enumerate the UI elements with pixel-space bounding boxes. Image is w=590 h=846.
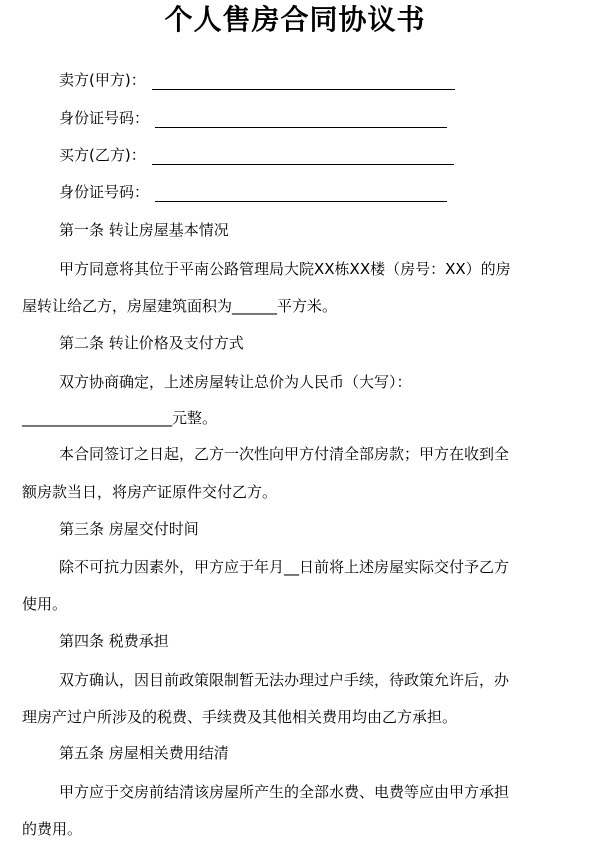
article-1-paragraph-line-1: 甲方同意将其位于平南公路管理局大院XX栋XX楼（房号：XX）的房 [0, 259, 590, 279]
seller-id-input-line[interactable] [155, 111, 447, 128]
seller-input-line[interactable] [152, 73, 455, 90]
area-unit: 平方米。 [277, 297, 337, 315]
buyer-field: 买方(乙方)： [0, 145, 590, 165]
article-5-paragraph-line-2: 的费用。 [0, 819, 590, 839]
article-2-paragraph-1-line-2: ____________________元整。 [0, 408, 590, 428]
article-5-heading: 第五条 房屋相关费用结清 [0, 743, 590, 763]
date-blank[interactable]: __ [284, 558, 299, 576]
seller-label: 卖方(甲方)： [59, 70, 146, 90]
article-3-paragraph-line-2: 使用。 [0, 594, 590, 614]
buyer-input-line[interactable] [152, 148, 454, 165]
article-4-paragraph-line-1: 双方确认，因目前政策限制暂无法办理过户手续，待政策允许后，办 [0, 670, 590, 690]
article-1-heading: 第一条 转让房屋基本情况 [0, 220, 590, 240]
article-4-heading: 第四条 税费承担 [0, 631, 590, 651]
article-1-paragraph-line-2: 屋转让给乙方，房屋建筑面积为______平方米。 [0, 296, 590, 316]
article-5-paragraph-line-1: 甲方应于交房前结清该房屋所产生的全部水费、电费等应由甲方承担 [0, 782, 590, 802]
price-blank[interactable]: ____________________ [22, 409, 172, 427]
article-3-text-before: 除不可抗力因素外，甲方应于年月 [59, 558, 284, 576]
article-3-text-after: 日前将上述房屋实际交付予乙方 [299, 558, 509, 576]
seller-field: 卖方(甲方)： [0, 70, 590, 90]
buyer-label: 买方(乙方)： [59, 145, 146, 165]
article-2-paragraph-2-line-1: 本合同签订之日起，乙方一次性向甲方付清全部房款；甲方在收到全 [0, 444, 590, 464]
seller-id-label: 身份证号码： [59, 108, 149, 128]
article-2-paragraph-1-line-1: 双方协商确定，上述房屋转让总价为人民币（大写）： [0, 372, 590, 392]
buyer-id-label: 身份证号码： [59, 182, 149, 202]
price-unit: 元整。 [172, 409, 217, 427]
article-3-heading: 第三条 房屋交付时间 [0, 519, 590, 539]
article-1-text: 屋转让给乙方，房屋建筑面积为 [22, 297, 232, 315]
article-3-paragraph-line-1: 除不可抗力因素外，甲方应于年月__日前将上述房屋实际交付予乙方 [0, 557, 590, 577]
area-blank[interactable]: ______ [232, 297, 277, 315]
article-2-heading: 第二条 转让价格及支付方式 [0, 333, 590, 353]
document-title: 个人售房合同协议书 [0, 2, 590, 38]
buyer-id-field: 身份证号码： [0, 182, 590, 202]
buyer-id-input-line[interactable] [155, 185, 447, 202]
article-4-paragraph-line-2: 理房产过户所涉及的税费、手续费及其他相关费用均由乙方承担。 [0, 707, 590, 727]
seller-id-field: 身份证号码： [0, 108, 590, 128]
article-2-paragraph-2-line-2: 额房款当日，将房产证原件交付乙方。 [0, 482, 590, 502]
